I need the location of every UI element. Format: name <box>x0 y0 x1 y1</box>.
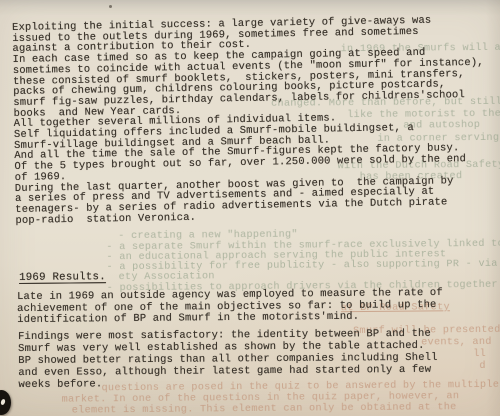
paragraph-agency-measurement: Late in 1969 an outside agency was emplo… <box>17 288 443 327</box>
punch-hole-glint <box>0 398 6 405</box>
bleedthrough-line: - a separate Smurf within the smurf-race… <box>106 239 500 254</box>
paragraph-findings: Findings were most satisfactory: the ide… <box>18 328 438 391</box>
bleedthrough-line: d <box>479 361 486 372</box>
scan-speck <box>109 5 112 8</box>
scanned-document-page: in 1969 the Smurfs will againchanged. Mo… <box>0 0 500 416</box>
text-line: weeks before. <box>18 376 437 391</box>
text-line: identification of BP and Smurf in the mo… <box>17 311 443 327</box>
bleedthrough-line: market. In one of the questions in the q… <box>62 391 460 405</box>
bleedthrough-line: - an educational approach serving the pu… <box>106 249 446 263</box>
bleedthrough-line: ll <box>473 349 486 360</box>
bleedthrough-line: - creating a new "happening" <box>118 230 298 243</box>
bleedthrough-line: element is missing. This element can onl… <box>72 402 457 416</box>
punch-hole-mark <box>0 390 11 415</box>
bleedthrough-line: - a possibility for free publicity - als… <box>106 259 500 274</box>
bleedthrough-line: ety Association <box>119 271 215 283</box>
paragraph-giveaways: Exploiting the initial success: a large … <box>12 15 486 227</box>
section-heading-1969-results: 1969 Results. <box>19 271 106 284</box>
